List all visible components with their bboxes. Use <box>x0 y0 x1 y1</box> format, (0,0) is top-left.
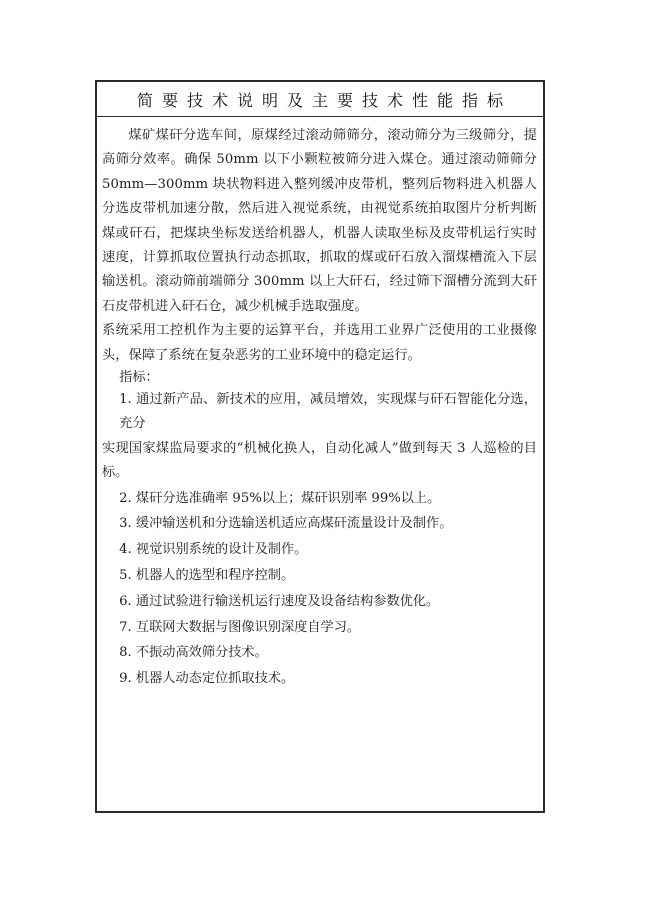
table-title: 简要技术说明及主要技术性能指标 <box>128 88 512 111</box>
indicators-label: 指标： <box>102 368 537 388</box>
table-body-cell: 煤矿煤矸分选车间，原煤经过滚动筛筛分，滚动筛分为三级筛分，提高筛分效率。确保 5… <box>97 117 543 692</box>
indicator-item-1-line1: 1. 通过新产品、新技术的应用，减员增效，实现煤与矸石智能化分选，充分 <box>119 392 537 431</box>
indicator-item-4: 4. 视觉识别系统的设计及制作。 <box>102 537 537 563</box>
indicator-item-8: 8. 不振动高效筛分技术。 <box>102 640 537 666</box>
description-paragraph-2: 系统采用工控机作为主要的运算平台，并选用工业界广泛使用的工业摄像头，保障了系统在… <box>102 319 537 368</box>
indicator-item-7: 7. 互联网大数据与图像识别深度自学习。 <box>102 615 537 641</box>
indicator-item-2: 2. 煤矸分选准确率 95%以上；煤矸识别率 99%以上。 <box>102 486 537 512</box>
indicator-item-5: 5. 机器人的选型和程序控制。 <box>102 563 537 589</box>
description-paragraph: 煤矿煤矸分选车间，原煤经过滚动筛筛分，滚动筛分为三级筛分，提高筛分效率。确保 5… <box>102 124 537 319</box>
indicator-item-1-line2: 实现国家煤监局要求的“机械化换人，自动化减人”做到每天 3 人巡检的目标。 <box>102 437 537 486</box>
indicator-item-6: 6. 通过试验进行输送机运行速度及设备结构参数优化。 <box>102 589 537 615</box>
indicator-item-1: 1. 通过新产品、新技术的应用，减员增效，实现煤与矸石智能化分选，充分 实现国家… <box>102 388 537 486</box>
indicator-item-3: 3. 缓冲输送机和分选输送机适应高煤矸流量设计及制作。 <box>102 511 537 537</box>
table-title-row: 简要技术说明及主要技术性能指标 <box>97 82 543 117</box>
indicator-item-9: 9. 机器人动态定位抓取技术。 <box>102 666 537 692</box>
technical-spec-table: 简要技术说明及主要技术性能指标 煤矿煤矸分选车间，原煤经过滚动筛筛分，滚动筛分为… <box>95 80 545 813</box>
